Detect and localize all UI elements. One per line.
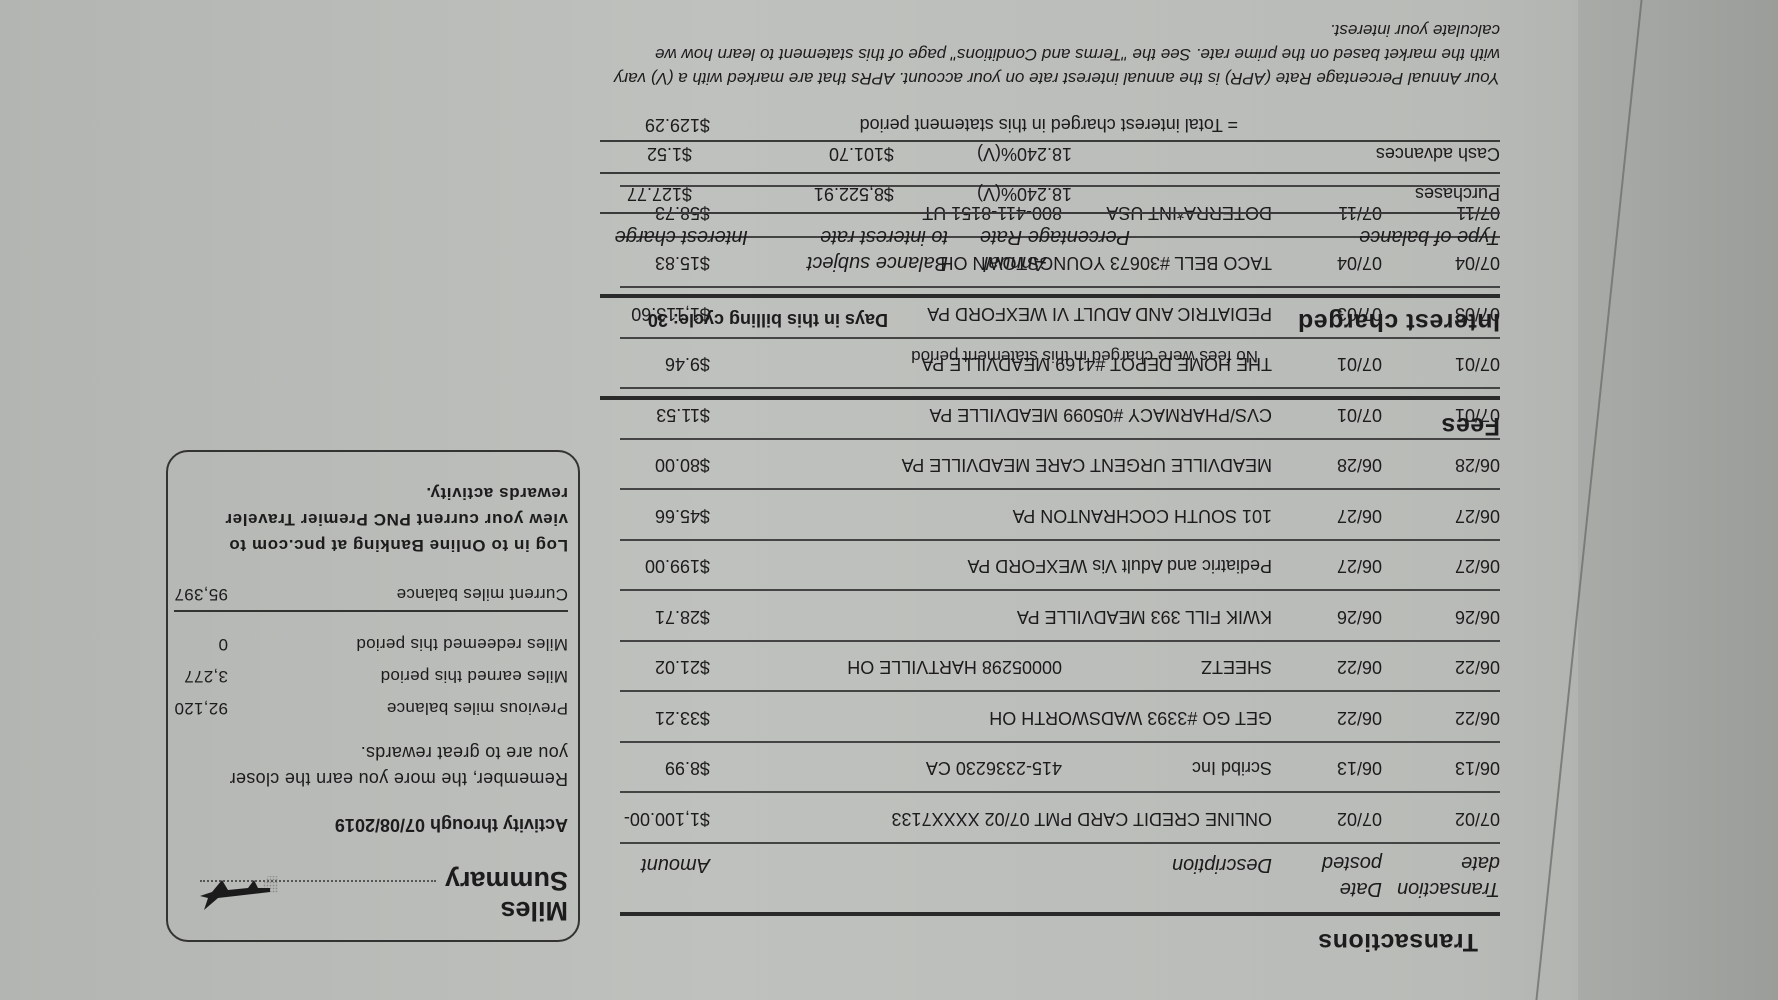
transactions-rule: [620, 912, 1500, 916]
airplane-icon: [198, 874, 278, 914]
amount: $80.00: [655, 455, 710, 476]
description: SHEETZ: [1201, 657, 1272, 678]
posted-date: 06/22: [1337, 657, 1382, 678]
interest-row-rule: [600, 172, 1500, 174]
posted-date: 07/02: [1337, 808, 1382, 829]
description: Pediatric and Adult Vis WEXFORD PA: [968, 556, 1272, 577]
amount: $8.99: [665, 758, 710, 779]
posted-date: 06/27: [1337, 556, 1382, 577]
miles-redeemed: Miles redeemed this period 0: [178, 634, 568, 654]
miles-title-line1: Miles: [398, 896, 568, 926]
posted-date: 06/13: [1337, 758, 1382, 779]
miles-remember-text: Remember, the more you earn the closer y…: [208, 740, 568, 792]
posted-date: 06/28: [1337, 455, 1382, 476]
header-description: Description: [1172, 853, 1272, 876]
transaction-date: 07/01: [1455, 354, 1500, 375]
paper-edge-shadow: [1578, 0, 1778, 1000]
transaction-date: 06/27: [1455, 556, 1500, 577]
table-row: 06/2606/26KWIK FILL 393 MEADVILLE PA$28.…: [620, 590, 1500, 641]
description: CVS/PHARMACY #05099 MEADVILLE PA: [930, 404, 1272, 425]
interest-balance: $101.70: [829, 143, 894, 164]
header-balance-line2: to interest rate: [820, 224, 948, 250]
posted-date: 07/01: [1337, 404, 1382, 425]
interest-type: Purchases: [1415, 183, 1500, 204]
miles-line-value: 92,120: [174, 698, 228, 718]
miles-line-value: 0: [218, 634, 228, 654]
description-detail: 00005298 HARTVILLE OH: [847, 657, 1062, 678]
miles-line-label: Miles earned this period: [380, 667, 568, 686]
header-interest-charge: Interest charge: [615, 224, 748, 250]
interest-total-value: $129.29: [645, 114, 710, 135]
posted-date: 06/26: [1337, 606, 1382, 627]
amount: $199.00: [645, 556, 710, 577]
miles-current-balance: Current miles balance 95,397: [178, 584, 568, 604]
amount: $45.66: [655, 505, 710, 526]
miles-total-rule: [174, 610, 568, 612]
transaction-date: 06/13: [1455, 758, 1500, 779]
header-date-posted: Date posted: [1282, 850, 1382, 902]
header-balance-type: Type of balance: [1359, 224, 1500, 250]
description: KWIK FILL 393 MEADVILLE PA: [1017, 606, 1272, 627]
amount: $11.53: [656, 404, 710, 425]
miles-earned: Miles earned this period 3,277: [178, 666, 568, 686]
interest-title: Interest charged: [1297, 307, 1500, 336]
table-row: 06/1306/13Scribd Inc415-2336230 CA$8.99: [620, 741, 1500, 792]
description: ONLINE CREDIT CARD PMT 07/02 XXXX7133: [892, 808, 1272, 829]
description: GET GO #3393 WADSWORTH OH: [989, 707, 1272, 728]
description: 101 SOUTH COCHRANTON PA: [1013, 505, 1272, 526]
interest-balance: $8,522.91: [814, 183, 894, 204]
amount: $21.02: [655, 657, 710, 678]
interest-type: Cash advances: [1376, 143, 1500, 164]
miles-current-value: 95,397: [174, 584, 228, 604]
description: MEADVILLE URGENT CARE MEADVILLE PA: [902, 455, 1272, 476]
transaction-date: 06/26: [1455, 606, 1500, 627]
interest-charge: $127.77: [627, 183, 692, 204]
miles-activity-date: Activity through 07/08/2019: [335, 814, 568, 835]
interest-total-label: = Total interest charged in this stateme…: [860, 114, 1238, 135]
interest-header: Type of balance Annual Percentage Rate B…: [600, 218, 1500, 290]
header-transaction-date-label: Transaction date: [1397, 852, 1500, 900]
transaction-date: 06/28: [1455, 455, 1500, 476]
table-row: 06/2706/27101 SOUTH COCHRANTON PA$45.66: [620, 489, 1500, 540]
transaction-date: 07/02: [1455, 808, 1500, 829]
table-row: 06/2206/22GET GO #3393 WADSWORTH OH$33.2…: [620, 691, 1500, 742]
table-row: 07/0207/02ONLINE CREDIT CARD PMT 07/02 X…: [620, 792, 1500, 843]
miles-current-label: Current miles balance: [396, 585, 568, 604]
interest-header-rule: [600, 212, 1500, 214]
amount: $33.21: [655, 707, 710, 728]
miles-previous-balance: Previous miles balance 92,120: [178, 698, 568, 718]
header-apr-line1: Annual: [984, 250, 1046, 276]
miles-line-value: 3,277: [184, 666, 228, 686]
miles-summary-title: Miles Summary: [398, 866, 568, 926]
description-detail: 415-2336230 CA: [926, 758, 1062, 779]
transactions-header: Transaction date Date posted Description…: [620, 844, 1500, 912]
posted-date: 06/27: [1337, 505, 1382, 526]
billing-cycle-days: Days in this billing cycle: 30: [648, 309, 888, 330]
miles-summary-box: Miles Summary Activity through 07/08/201…: [166, 450, 580, 942]
transaction-date: 06/22: [1455, 707, 1500, 728]
miles-line-label: Miles redeemed this period: [356, 635, 568, 654]
header-apr-line2: Percentage Rate: [980, 224, 1130, 250]
table-row: 06/2706/27Pediatric and Adult Vis WEXFOR…: [620, 539, 1500, 590]
amount: $9.46: [665, 354, 710, 375]
interest-apr: 18.240%(V): [977, 143, 1072, 164]
statement-page: Transactions Transaction date Date poste…: [0, 0, 1778, 1000]
table-row: 06/2206/22SHEETZ00005298 HARTVILLE OH$21…: [620, 640, 1500, 691]
header-date-posted-label: Date posted: [1322, 852, 1382, 900]
header-transaction-date: Transaction date: [1390, 850, 1500, 902]
table-row: 06/2806/28MEADVILLE URGENT CARE MEADVILL…: [620, 438, 1500, 489]
interest-total-rule: [600, 140, 1500, 142]
description: Scribd Inc: [1192, 758, 1272, 779]
posted-date: 07/01: [1337, 354, 1382, 375]
fees-none-text: No fees were charged in this statement p…: [911, 346, 1258, 366]
header-amount: Amount: [641, 853, 710, 876]
interest-rule: [600, 294, 1500, 298]
miles-line-label: Previous miles balance: [387, 699, 568, 718]
transaction-date: 06/22: [1455, 657, 1500, 678]
miles-login-text: Log in to Online Banking at pnc.com to v…: [188, 480, 568, 558]
amount: $28.71: [655, 606, 710, 627]
transaction-date: 06/27: [1455, 505, 1500, 526]
transactions-title: Transactions: [1318, 927, 1478, 956]
description: PEDIATRIC AND ADULT VI WEXFORD PA: [927, 303, 1272, 324]
apr-note: Your Annual Percentage Rate (APR) is the…: [600, 18, 1500, 90]
posted-date: 06/22: [1337, 707, 1382, 728]
interest-charge: $1.52: [647, 143, 692, 164]
amount: $1,100.00-: [624, 808, 710, 829]
interest-apr: 18.240%(V): [977, 183, 1072, 204]
fees-title: Fees: [1441, 411, 1500, 440]
fees-rule: [600, 396, 1500, 400]
header-balance-line1: Balance subject: [807, 250, 948, 276]
